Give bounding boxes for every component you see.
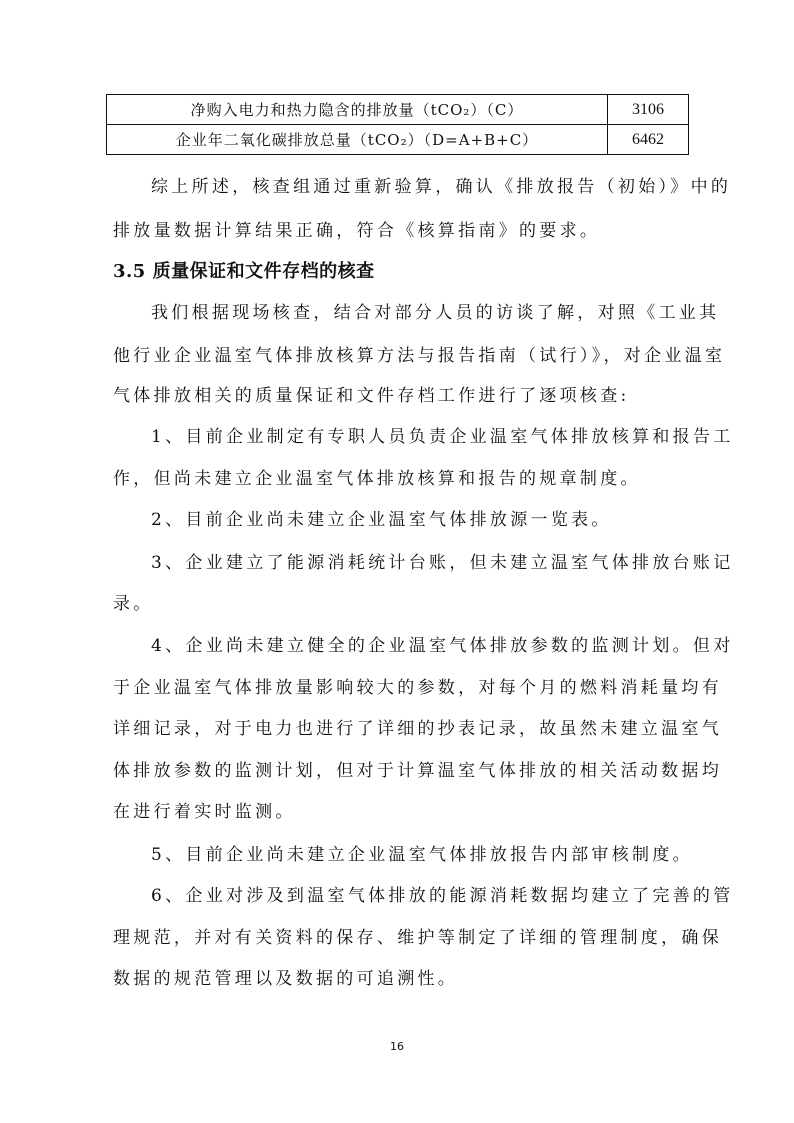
document-page: 净购入电力和热力隐含的排放量（tCO₂）（C） 3106 企业年二氧化碳排放总量…: [0, 0, 794, 1123]
paragraph-line: 综上所述，核查组通过重新验算，确认《排放报告（初始）》中的: [151, 175, 731, 199]
list-item-line: 6、企业对涉及到温室气体排放的能源消耗数据均建立了完善的管: [151, 884, 734, 908]
list-item-line: 详细记录，对于电力也进行了详细的抄表记录，故虽然未建立温室气: [113, 717, 722, 741]
paragraph-line: 我们根据现场核查，结合对部分人员的访谈了解，对照《工业其: [151, 301, 719, 325]
list-item-line: 在进行着实时监测。: [113, 800, 296, 824]
table-cell-label: 企业年二氧化碳排放总量（tCO₂）（D=A+B+C）: [107, 125, 608, 155]
list-item-line: 2、目前企业尚未建立企业温室气体排放源一览表。: [151, 508, 612, 532]
paragraph-line: 气体排放相关的质量保证和文件存档工作进行了逐项核查:: [113, 384, 630, 408]
paragraph-line: 排放量数据计算结果正确，符合《核算指南》的要求。: [113, 219, 600, 243]
paragraph-line: 他行业企业温室气体排放核算方法与报告指南（试行）》，对企业温室: [113, 344, 725, 368]
page-number: 16: [0, 1040, 794, 1053]
section-heading: 3.5 质量保证和文件存档的核查: [113, 260, 375, 284]
list-item-line: 作，但尚未建立企业温室气体排放核算和报告的规章制度。: [113, 467, 641, 491]
table-row: 净购入电力和热力隐含的排放量（tCO₂）（C） 3106: [107, 95, 689, 125]
list-item-line: 数据的规范管理以及数据的可追溯性。: [113, 967, 458, 991]
list-item-line: 1、目前企业制定有专职人员负责企业温室气体排放核算和报告工: [151, 425, 734, 449]
table-row: 企业年二氧化碳排放总量（tCO₂）（D=A+B+C） 6462: [107, 125, 689, 155]
table-cell-value: 3106: [608, 95, 689, 125]
emissions-summary-table: 净购入电力和热力隐含的排放量（tCO₂）（C） 3106 企业年二氧化碳排放总量…: [106, 94, 689, 155]
list-item-line: 4、企业尚未建立健全的企业温室气体排放参数的监测计划。但对: [151, 634, 734, 658]
list-item-line: 3、企业建立了能源消耗统计台账，但未建立温室气体排放台账记: [151, 551, 734, 575]
table-cell-label: 净购入电力和热力隐含的排放量（tCO₂）（C）: [107, 95, 608, 125]
list-item-line: 于企业温室气体排放量影响较大的参数，对每个月的燃料消耗量均有: [113, 676, 722, 700]
table-cell-value: 6462: [608, 125, 689, 155]
list-item-line: 体排放参数的监测计划，但对于计算温室气体排放的相关活动数据均: [113, 759, 722, 783]
list-item-line: 录。: [113, 592, 154, 616]
list-item-line: 理规范，并对有关资料的保存、维护等制定了详细的管理制度，确保: [113, 926, 722, 950]
list-item-line: 5、目前企业尚未建立企业温室气体排放报告内部审核制度。: [151, 843, 693, 867]
